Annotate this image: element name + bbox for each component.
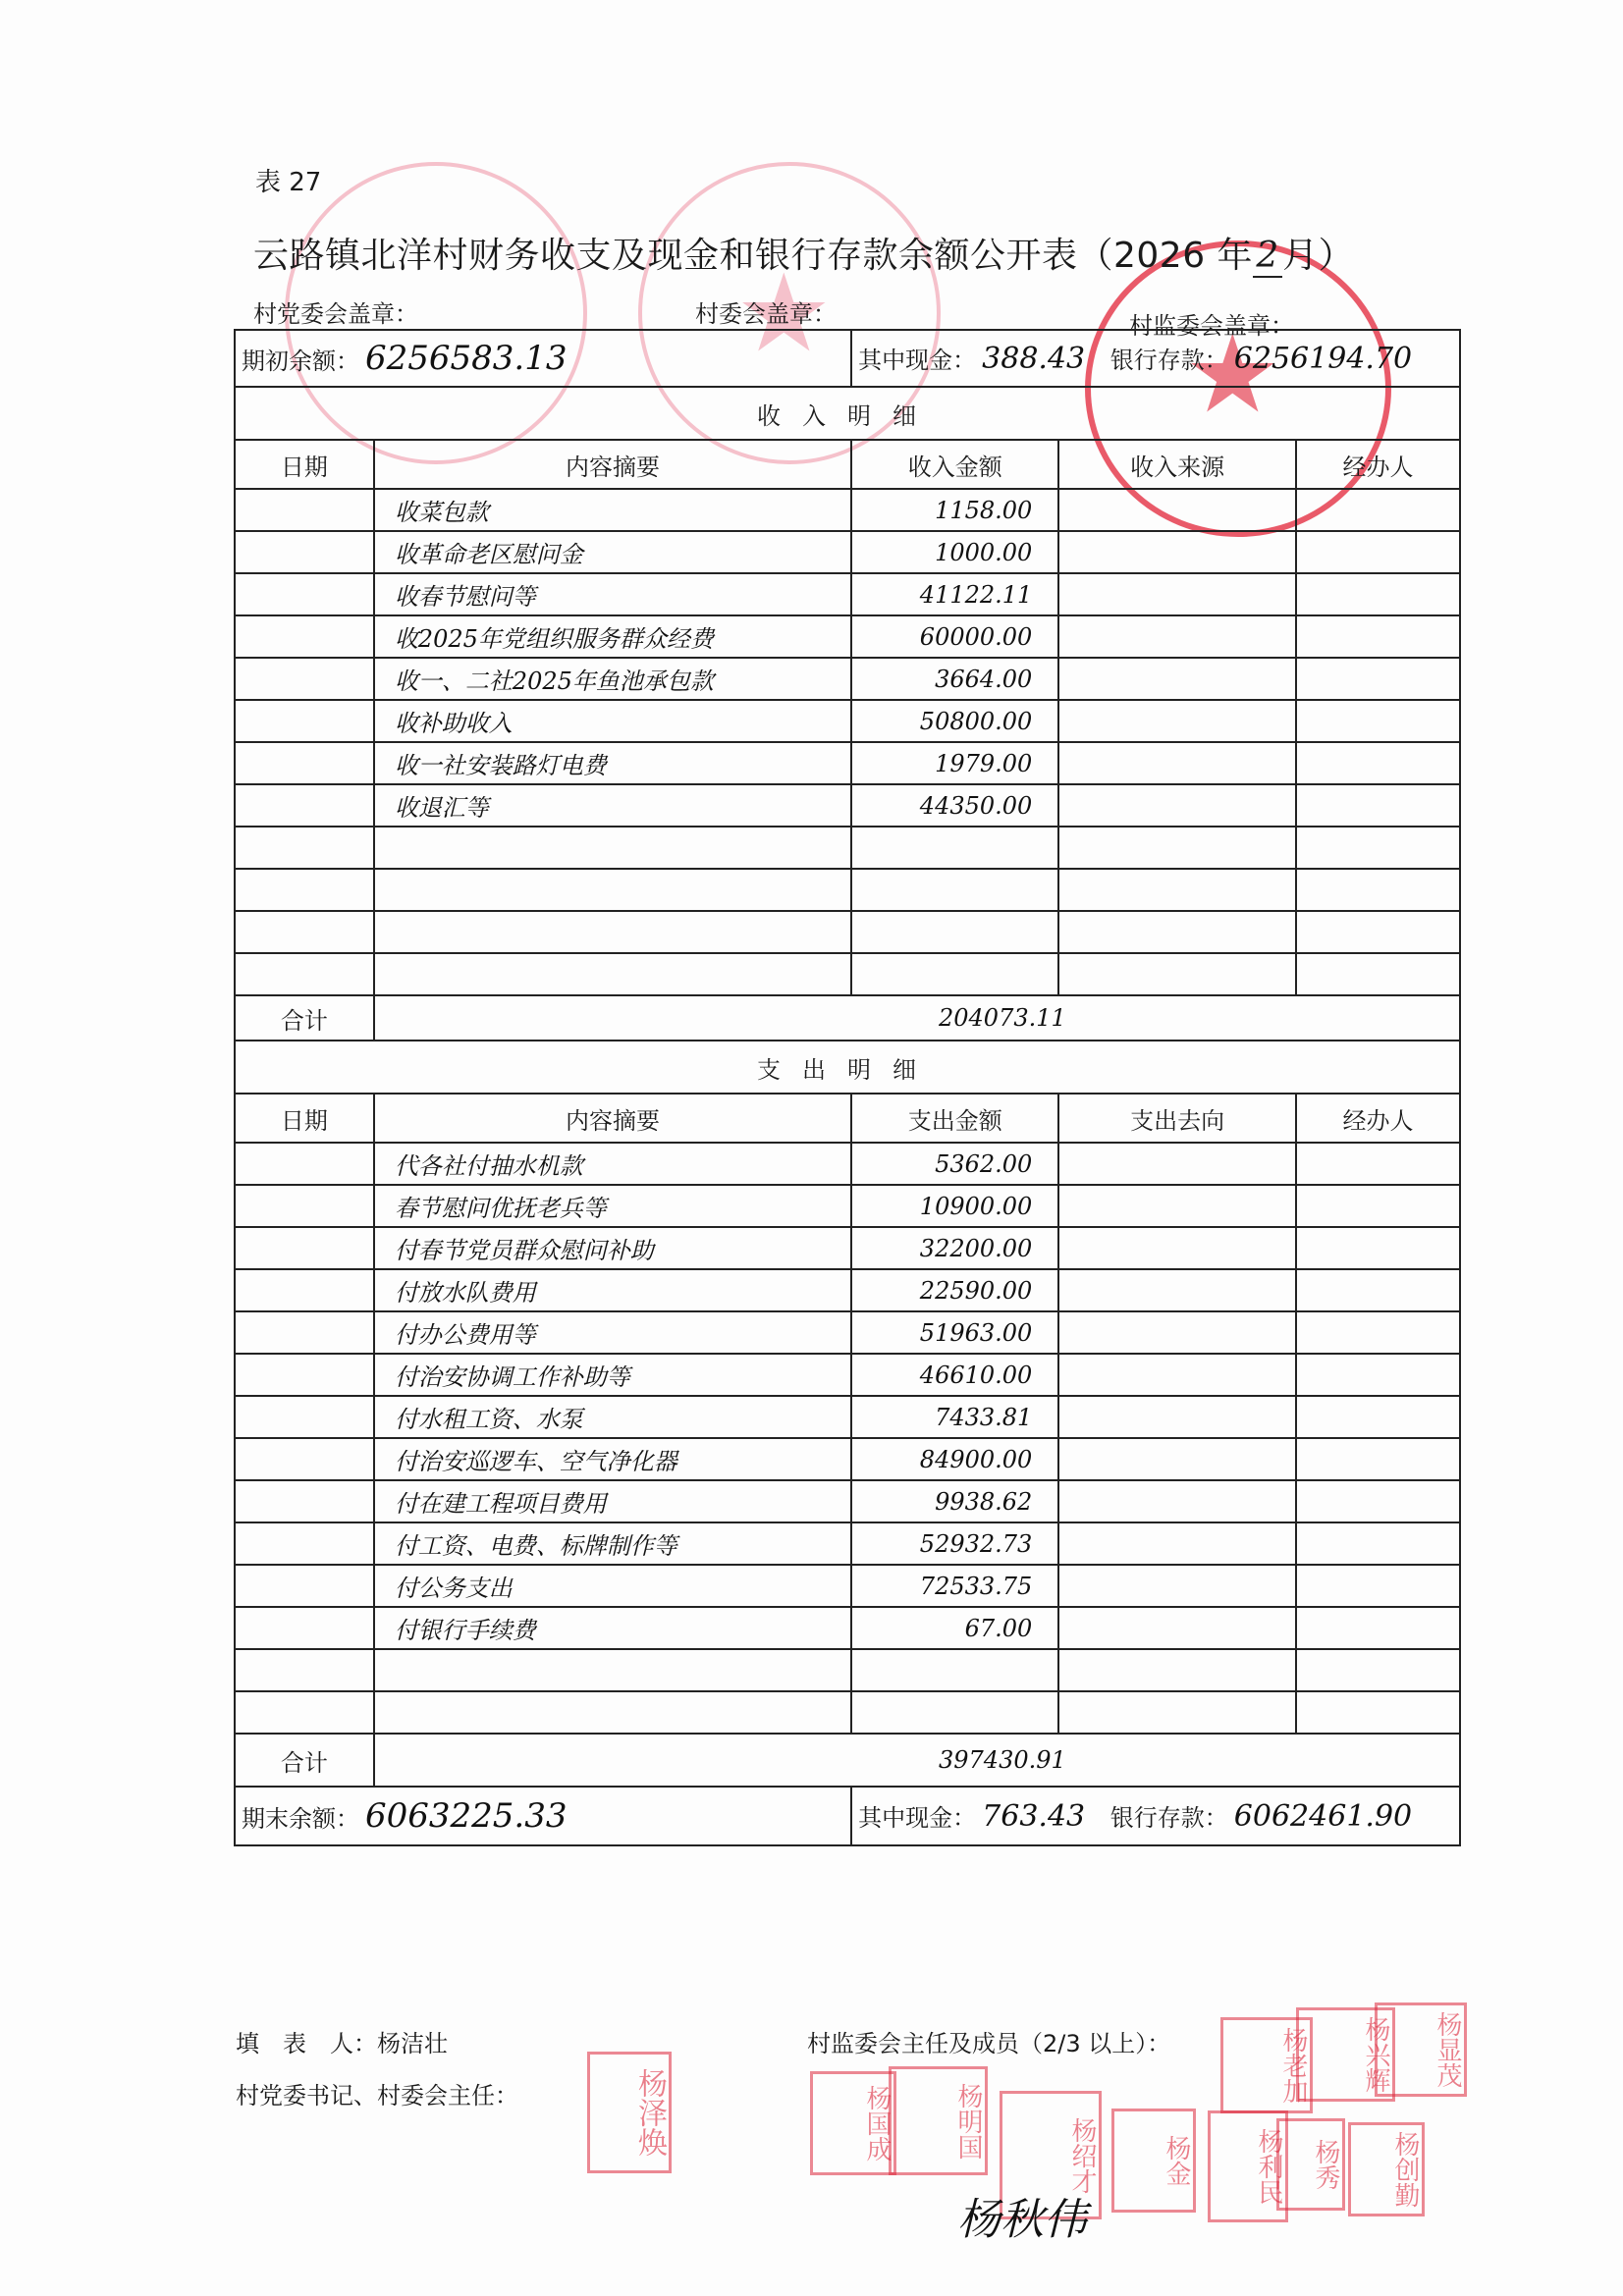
expense-col-desc: 内容摘要 xyxy=(374,1094,851,1143)
expense-date xyxy=(235,1649,374,1691)
income-source xyxy=(1058,869,1296,911)
income-total-label: 合计 xyxy=(235,995,374,1041)
income-date xyxy=(235,489,374,531)
expense-handler xyxy=(1296,1480,1460,1522)
expense-dest xyxy=(1058,1691,1296,1734)
expense-handler xyxy=(1296,1522,1460,1565)
expense-amount: 5362.00 xyxy=(851,1143,1058,1185)
expense-handler xyxy=(1296,1354,1460,1396)
expense-col-amount: 支出金额 xyxy=(851,1094,1058,1143)
expense-total-row: 合计 397430.91 xyxy=(235,1734,1460,1787)
expense-date xyxy=(235,1480,374,1522)
expense-row: 春节慰问优抚老兵等10900.00 xyxy=(235,1185,1460,1227)
expense-amount: 10900.00 xyxy=(851,1185,1058,1227)
expense-dest xyxy=(1058,1227,1296,1269)
income-desc xyxy=(374,869,851,911)
expense-row: 付工资、电费、标牌制作等52932.73 xyxy=(235,1522,1460,1565)
expense-desc: 付在建工程项目费用 xyxy=(374,1480,851,1522)
expense-date xyxy=(235,1354,374,1396)
income-date xyxy=(235,573,374,615)
expense-dest xyxy=(1058,1269,1296,1311)
expense-amount: 51963.00 xyxy=(851,1311,1058,1354)
income-section-title: 收入明细 xyxy=(235,387,1460,440)
income-row: 收菜包款1158.00 xyxy=(235,489,1460,531)
expense-section-header: 支出明细 xyxy=(235,1041,1460,1094)
income-source xyxy=(1058,658,1296,700)
income-desc xyxy=(374,827,851,869)
income-amount: 50800.00 xyxy=(851,700,1058,742)
expense-dest xyxy=(1058,1311,1296,1354)
income-desc: 收一社安装路灯电费 xyxy=(374,742,851,784)
expense-desc: 付放水队费用 xyxy=(374,1269,851,1311)
expense-desc: 付银行手续费 xyxy=(374,1607,851,1649)
expense-desc: 付水租工资、水泵 xyxy=(374,1396,851,1438)
expense-handler xyxy=(1296,1438,1460,1480)
expense-col-dest: 支出去向 xyxy=(1058,1094,1296,1143)
income-handler xyxy=(1296,869,1460,911)
income-date xyxy=(235,531,374,573)
expense-row: 付办公费用等51963.00 xyxy=(235,1311,1460,1354)
income-row: 收退汇等44350.00 xyxy=(235,784,1460,827)
income-handler xyxy=(1296,911,1460,953)
expense-handler xyxy=(1296,1607,1460,1649)
closing-balance-cell: 期末余额：6063225.33 xyxy=(235,1787,851,1845)
preparer-label: 填 表 人： xyxy=(236,2030,377,2057)
party-committee-seal-label: 村党委会盖章： xyxy=(253,294,418,329)
opening-balance-row: 期初余额：6256583.13 其中现金：388.43 银行存款：6256194… xyxy=(235,330,1460,387)
income-amount: 44350.00 xyxy=(851,784,1058,827)
income-amount xyxy=(851,911,1058,953)
expense-desc: 付治安协调工作补助等 xyxy=(374,1354,851,1396)
income-source xyxy=(1058,784,1296,827)
income-amount: 1000.00 xyxy=(851,531,1058,573)
income-col-source: 收入来源 xyxy=(1058,440,1296,489)
income-desc: 收补助收入 xyxy=(374,700,851,742)
opening-balance-value: 6256583.13 xyxy=(365,339,568,378)
closing-cash-value: 763.43 xyxy=(982,1799,1085,1834)
income-source xyxy=(1058,489,1296,531)
member-stamp: 杨金 xyxy=(1111,2109,1196,2213)
expense-dest xyxy=(1058,1607,1296,1649)
income-handler xyxy=(1296,742,1460,784)
income-amount: 60000.00 xyxy=(851,615,1058,658)
expense-dest xyxy=(1058,1354,1296,1396)
title-month: 2 xyxy=(1253,236,1282,278)
expense-col-handler: 经办人 xyxy=(1296,1094,1460,1143)
closing-cash-label: 其中现金： xyxy=(858,1804,976,1832)
preparer-line: 填 表 人：杨洁壮 xyxy=(236,2024,448,2058)
supervision-members-label: 村监委会主任及成员（2/3 以上）： xyxy=(807,2024,1170,2058)
income-desc: 收一、二社2025年鱼池承包款 xyxy=(374,658,851,700)
expense-date xyxy=(235,1607,374,1649)
income-date xyxy=(235,953,374,995)
income-handler xyxy=(1296,573,1460,615)
income-amount: 1158.00 xyxy=(851,489,1058,531)
income-row: 收一社安装路灯电费1979.00 xyxy=(235,742,1460,784)
income-row: 收革命老区慰问金1000.00 xyxy=(235,531,1460,573)
expense-date xyxy=(235,1522,374,1565)
opening-cash-bank-cell: 其中现金：388.43 银行存款：6256194.70 xyxy=(851,330,1460,387)
income-column-headers: 日期 内容摘要 收入金额 收入来源 经办人 xyxy=(235,440,1460,489)
income-handler xyxy=(1296,658,1460,700)
income-source xyxy=(1058,573,1296,615)
expense-handler xyxy=(1296,1311,1460,1354)
expense-total-label: 合计 xyxy=(235,1734,374,1787)
handwritten-signature: 杨秋伟 xyxy=(957,2184,1087,2247)
expense-total-value: 397430.91 xyxy=(374,1734,1460,1787)
expense-amount: 32200.00 xyxy=(851,1227,1058,1269)
income-desc: 收菜包款 xyxy=(374,489,851,531)
expense-dest xyxy=(1058,1396,1296,1438)
income-source xyxy=(1058,953,1296,995)
income-handler xyxy=(1296,615,1460,658)
village-committee-seal-label: 村委会盖章： xyxy=(695,294,837,329)
opening-cash-value: 388.43 xyxy=(982,342,1085,376)
income-source xyxy=(1058,911,1296,953)
expense-handler xyxy=(1296,1565,1460,1607)
expense-amount: 7433.81 xyxy=(851,1396,1058,1438)
expense-date xyxy=(235,1396,374,1438)
income-desc: 收春节慰问等 xyxy=(374,573,851,615)
income-source xyxy=(1058,531,1296,573)
income-date xyxy=(235,742,374,784)
income-col-handler: 经办人 xyxy=(1296,440,1460,489)
expense-desc xyxy=(374,1691,851,1734)
income-desc xyxy=(374,953,851,995)
income-handler xyxy=(1296,953,1460,995)
expense-dest xyxy=(1058,1143,1296,1185)
expense-dest xyxy=(1058,1649,1296,1691)
opening-cash-label: 其中现金： xyxy=(858,347,976,374)
opening-balance-label: 期初余额： xyxy=(242,347,359,375)
expense-row: 代各社付抽水机款5362.00 xyxy=(235,1143,1460,1185)
expense-date xyxy=(235,1565,374,1607)
expense-row: 付公务支出72533.75 xyxy=(235,1565,1460,1607)
expense-handler xyxy=(1296,1691,1460,1734)
title-prefix: 云路镇北洋村财务收支及现金和银行存款余额公开表（2026 年 xyxy=(253,236,1253,276)
income-col-desc: 内容摘要 xyxy=(374,440,851,489)
income-date xyxy=(235,869,374,911)
expense-row xyxy=(235,1649,1460,1691)
income-desc xyxy=(374,911,851,953)
form-number: 表 27 xyxy=(255,162,321,198)
expense-date xyxy=(235,1227,374,1269)
member-stamp: 杨创勤 xyxy=(1348,2122,1425,2216)
expense-amount: 67.00 xyxy=(851,1607,1058,1649)
closing-cash-bank-cell: 其中现金：763.43 银行存款：6062461.90 xyxy=(851,1787,1460,1845)
expense-section-title: 支出明细 xyxy=(235,1041,1460,1094)
expense-row: 付放水队费用22590.00 xyxy=(235,1269,1460,1311)
expense-date xyxy=(235,1269,374,1311)
expense-amount: 46610.00 xyxy=(851,1354,1058,1396)
income-amount xyxy=(851,827,1058,869)
closing-bank-label: 银行存款： xyxy=(1110,1804,1228,1832)
income-row xyxy=(235,827,1460,869)
page-title: 云路镇北洋村财务收支及现金和银行存款余额公开表（2026 年2月） xyxy=(253,228,1354,278)
income-source xyxy=(1058,742,1296,784)
member-stamp: 杨国成 xyxy=(810,2071,896,2175)
income-col-date: 日期 xyxy=(235,440,374,489)
income-date xyxy=(235,911,374,953)
expense-row: 付治安巡逻车、空气净化器84900.00 xyxy=(235,1438,1460,1480)
expense-row: 付在建工程项目费用9938.62 xyxy=(235,1480,1460,1522)
income-row: 收一、二社2025年鱼池承包款3664.00 xyxy=(235,658,1460,700)
expense-handler xyxy=(1296,1649,1460,1691)
income-row: 收补助收入50800.00 xyxy=(235,700,1460,742)
member-stamp: 杨显茂 xyxy=(1375,2002,1467,2097)
closing-balance-label: 期末余额： xyxy=(242,1805,359,1833)
income-date xyxy=(235,615,374,658)
expense-row: 付治安协调工作补助等46610.00 xyxy=(235,1354,1460,1396)
member-stamp: 杨兴辉 xyxy=(1296,2007,1395,2102)
income-source xyxy=(1058,827,1296,869)
income-amount: 3664.00 xyxy=(851,658,1058,700)
expense-desc: 付办公费用等 xyxy=(374,1311,851,1354)
expense-desc: 代各社付抽水机款 xyxy=(374,1143,851,1185)
member-stamp: 杨老加 xyxy=(1220,2017,1313,2113)
expense-handler xyxy=(1296,1396,1460,1438)
income-handler xyxy=(1296,531,1460,573)
income-date xyxy=(235,700,374,742)
income-handler xyxy=(1296,784,1460,827)
member-stamp: 杨秀 xyxy=(1276,2118,1345,2211)
income-amount: 41122.11 xyxy=(851,573,1058,615)
income-row: 收2025年党组织服务群众经费60000.00 xyxy=(235,615,1460,658)
expense-dest xyxy=(1058,1565,1296,1607)
expense-handler xyxy=(1296,1143,1460,1185)
expense-row: 付水租工资、水泵7433.81 xyxy=(235,1396,1460,1438)
expense-amount: 72533.75 xyxy=(851,1565,1058,1607)
expense-column-headers: 日期 内容摘要 支出金额 支出去向 经办人 xyxy=(235,1094,1460,1143)
expense-handler xyxy=(1296,1269,1460,1311)
expense-handler xyxy=(1296,1227,1460,1269)
expense-amount: 84900.00 xyxy=(851,1438,1058,1480)
income-row xyxy=(235,953,1460,995)
income-desc: 收退汇等 xyxy=(374,784,851,827)
expense-desc: 付春节党员群众慰问补助 xyxy=(374,1227,851,1269)
income-amount: 1979.00 xyxy=(851,742,1058,784)
income-date xyxy=(235,658,374,700)
expense-handler xyxy=(1296,1185,1460,1227)
closing-balance-row: 期末余额：6063225.33 其中现金：763.43 银行存款：6062461… xyxy=(235,1787,1460,1845)
income-col-amount: 收入金额 xyxy=(851,440,1058,489)
income-desc: 收2025年党组织服务群众经费 xyxy=(374,615,851,658)
expense-amount: 9938.62 xyxy=(851,1480,1058,1522)
income-amount xyxy=(851,953,1058,995)
expense-amount xyxy=(851,1691,1058,1734)
member-stamp: 杨明国 xyxy=(889,2066,988,2175)
secretary-label: 村党委书记、村委会主任： xyxy=(236,2076,518,2110)
income-total-value: 204073.11 xyxy=(374,995,1460,1041)
expense-dest xyxy=(1058,1185,1296,1227)
income-date xyxy=(235,784,374,827)
stamp-secretary: 杨泽焕 xyxy=(587,2052,672,2173)
income-row xyxy=(235,869,1460,911)
expense-date xyxy=(235,1311,374,1354)
expense-desc: 付治安巡逻车、空气净化器 xyxy=(374,1438,851,1480)
income-date xyxy=(235,827,374,869)
finance-table: 期初余额：6256583.13 其中现金：388.43 银行存款：6256194… xyxy=(234,329,1461,1846)
income-handler xyxy=(1296,700,1460,742)
expense-amount: 22590.00 xyxy=(851,1269,1058,1311)
expense-date xyxy=(235,1185,374,1227)
member-stamp: 杨利民 xyxy=(1208,2110,1288,2222)
income-row xyxy=(235,911,1460,953)
expense-amount: 52932.73 xyxy=(851,1522,1058,1565)
income-source xyxy=(1058,700,1296,742)
income-row: 收春节慰问等41122.11 xyxy=(235,573,1460,615)
income-amount xyxy=(851,869,1058,911)
expense-desc: 付工资、电费、标牌制作等 xyxy=(374,1522,851,1565)
expense-dest xyxy=(1058,1480,1296,1522)
expense-amount xyxy=(851,1649,1058,1691)
closing-bank-value: 6062461.90 xyxy=(1234,1799,1412,1834)
income-handler xyxy=(1296,827,1460,869)
expense-dest xyxy=(1058,1522,1296,1565)
opening-bank-value: 6256194.70 xyxy=(1234,342,1412,376)
expense-date xyxy=(235,1438,374,1480)
expense-row: 付银行手续费67.00 xyxy=(235,1607,1460,1649)
expense-date xyxy=(235,1691,374,1734)
title-suffix: 月） xyxy=(1282,236,1354,276)
expense-date xyxy=(235,1143,374,1185)
income-handler xyxy=(1296,489,1460,531)
income-total-row: 合计 204073.11 xyxy=(235,995,1460,1041)
expense-desc xyxy=(374,1649,851,1691)
expense-desc: 春节慰问优抚老兵等 xyxy=(374,1185,851,1227)
income-section-header: 收入明细 xyxy=(235,387,1460,440)
expense-col-date: 日期 xyxy=(235,1094,374,1143)
closing-balance-value: 6063225.33 xyxy=(365,1796,568,1836)
income-desc: 收革命老区慰问金 xyxy=(374,531,851,573)
expense-desc: 付公务支出 xyxy=(374,1565,851,1607)
preparer-name: 杨洁壮 xyxy=(377,2030,448,2057)
opening-balance-cell: 期初余额：6256583.13 xyxy=(235,330,851,387)
income-source xyxy=(1058,615,1296,658)
expense-row xyxy=(235,1691,1460,1734)
expense-dest xyxy=(1058,1438,1296,1480)
opening-bank-label: 银行存款： xyxy=(1110,347,1228,374)
expense-row: 付春节党员群众慰问补助32200.00 xyxy=(235,1227,1460,1269)
